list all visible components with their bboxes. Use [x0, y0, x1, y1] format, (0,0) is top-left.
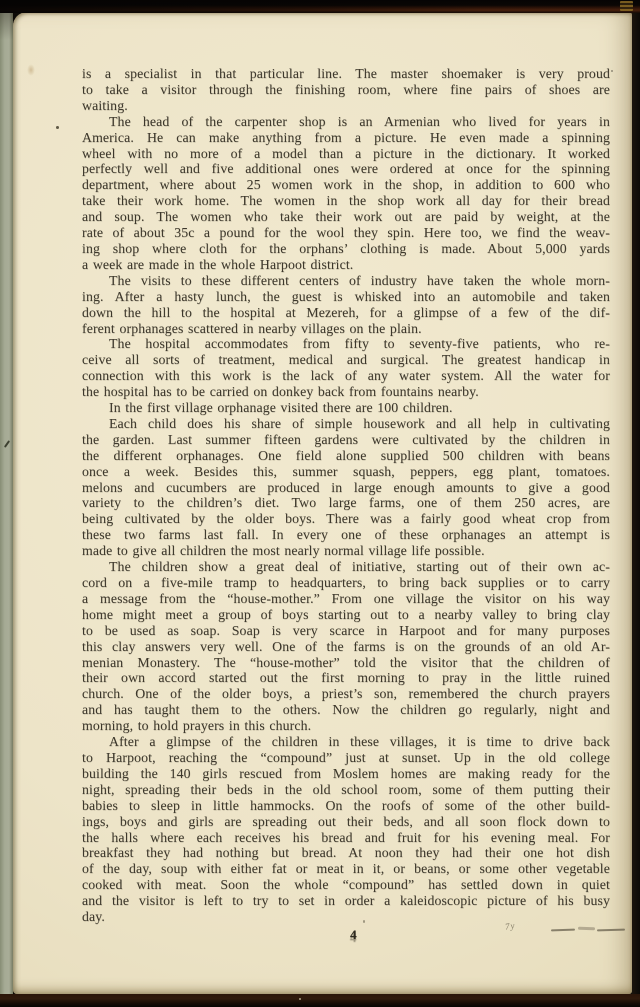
paragraph: is a specialist in that particular line.…: [82, 66, 610, 114]
text-line: wheel with no more of a model than a pic…: [82, 146, 610, 162]
text-line: Each child does his share of simple hous…: [82, 416, 610, 432]
text-line: to be used as soap. Soap is very scarce …: [82, 623, 610, 639]
text-line: church. One of the older boys, a priest’…: [82, 686, 610, 702]
pencil-scribble: [578, 927, 595, 931]
page-number: 4: [350, 927, 357, 943]
binding-edge-right: [632, 0, 640, 1007]
paragraph: The children show a great deal of initia…: [82, 559, 610, 734]
text-line: In the first village orphanage visited t…: [82, 400, 610, 416]
text-line: connection with this work is the lack of…: [82, 368, 610, 384]
paper-page: is a specialist in that particular line.…: [13, 12, 632, 994]
text-line: a message from the “house-mother.” From …: [82, 591, 610, 607]
paragraph: In the first village orphanage visited t…: [82, 400, 610, 416]
text-line: menian Monastery. The “house-mother” tol…: [82, 655, 610, 671]
binding-edge-top: [0, 0, 640, 13]
ink-speck: [611, 70, 613, 72]
text-line: these two farms last fall. In every one …: [82, 527, 610, 543]
text-line: the hospital has to be carried on donkey…: [82, 384, 610, 400]
scanned-book-page: is a specialist in that particular line.…: [0, 0, 640, 1007]
text-line: their own accord started out the first m…: [82, 670, 610, 686]
text-line: is a specialist in that particular line.…: [82, 66, 610, 82]
text-line: department, where about 25 women work in…: [82, 177, 610, 193]
ink-speck: [363, 920, 365, 923]
text-line: home might meet a group of boys starting…: [82, 607, 610, 623]
ink-speck: [56, 126, 59, 129]
text-line: once a week. Besides this, summer squash…: [82, 464, 610, 480]
text-line: ing. After a hasty lunch, the guest is w…: [82, 289, 610, 305]
text-line: day.: [82, 909, 610, 925]
text-line: After a glimpse of the children in these…: [82, 734, 610, 750]
text-line: to Harpoot, reaching the “compound” just…: [82, 750, 610, 766]
text-line: perfectly well and five additional ones …: [82, 161, 610, 177]
binding-edge-bottom: [0, 994, 640, 1007]
text-line: ceive all sorts of treatment, medical an…: [82, 352, 610, 368]
text-line: babies to sleep in little hammocks. On t…: [82, 798, 610, 814]
text-line: take their work home. The women in the s…: [82, 193, 610, 209]
text-line: to take a visitor through the finishing …: [82, 82, 610, 98]
text-line: The children show a great deal of initia…: [82, 559, 610, 575]
text-line: building the 140 girls rescued from Mosl…: [82, 766, 610, 782]
text-line: and the visitor is left to try to set in…: [82, 893, 610, 909]
text-line: the halls where each receives his bread …: [82, 830, 610, 846]
text-line: rate of about 35c a pound for the wool t…: [82, 225, 610, 241]
text-line: down the hill to the hospital at Mezereh…: [82, 305, 610, 321]
text-line: ing shop where cloth for the orphans’ cl…: [82, 241, 610, 257]
text-line: melons and cucumbers are produced in lar…: [82, 480, 610, 496]
text-line: and soup. The women who take their work …: [82, 209, 610, 225]
paragraph: Each child does his share of simple hous…: [82, 416, 610, 559]
text-line: and has taught them to the others. Now t…: [82, 702, 610, 718]
text-line: ings, boys and girls are spreading out t…: [82, 814, 610, 830]
text-block: is a specialist in that particular line.…: [82, 66, 610, 925]
text-line: made to give all children the most nearl…: [82, 543, 610, 559]
text-line: this clay answers very well. One of the …: [82, 639, 610, 655]
text-line: ferent orphanages scattered in nearby vi…: [82, 321, 610, 337]
gilt-decoration: [620, 1, 633, 11]
book-page-stack-edge: [0, 0, 13, 1007]
text-line: waiting.: [82, 98, 610, 114]
paragraph: The head of the carpenter shop is an Arm…: [82, 114, 610, 273]
text-line: variety to the children’s diet. Two larg…: [82, 495, 610, 511]
paper-stain: [27, 64, 35, 76]
text-line: breakfast they had nothing but bread. At…: [82, 845, 610, 861]
pencil-margin-note: 7y: [504, 920, 516, 931]
text-line: being cultivated by the older boys. Ther…: [82, 511, 610, 527]
text-line: The visits to these different centers of…: [82, 273, 610, 289]
paragraph: The hospital accommodates from fifty to …: [82, 336, 610, 400]
text-line: morning, to hold prayers in this church.: [82, 718, 610, 734]
text-line: of the day, soup with either fat or meat…: [82, 861, 610, 877]
text-line: cooked with meat. Soon the whole “compou…: [82, 877, 610, 893]
dust-speck: [299, 998, 301, 1000]
text-line: The hospital accommodates from fifty to …: [82, 336, 610, 352]
paragraph: After a glimpse of the children in these…: [82, 734, 610, 925]
text-line: cord on a five-mile tramp to headquarter…: [82, 575, 610, 591]
text-line: night, spreading their beds in the old s…: [82, 782, 610, 798]
text-line: the different orphanages. One field alon…: [82, 448, 610, 464]
text-line: the garden. Last summer fifteen gardens …: [82, 432, 610, 448]
text-line: America. He can make anything from a pic…: [82, 130, 610, 146]
text-line: a week are made in the whole Harpoot dis…: [82, 257, 610, 273]
paragraph: The visits to these different centers of…: [82, 273, 610, 337]
text-line: The head of the carpenter shop is an Arm…: [82, 114, 610, 130]
